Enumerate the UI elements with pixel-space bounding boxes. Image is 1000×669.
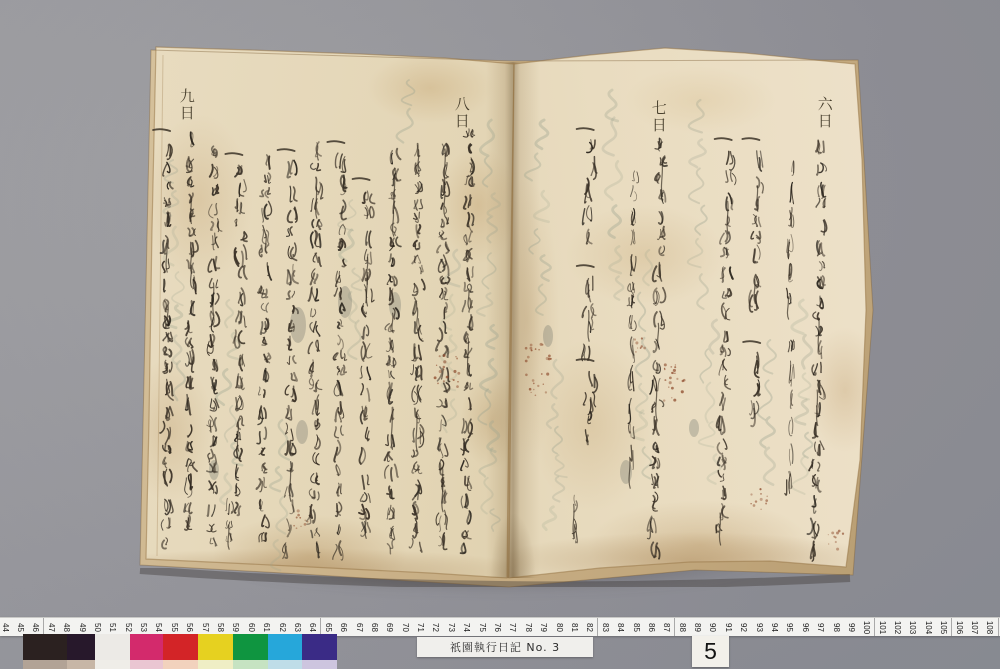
color-patch-tint-red <box>163 660 198 669</box>
ruler-tick-cell: 72 <box>428 618 444 636</box>
ruler-tick-label: 108 <box>985 620 994 633</box>
ruler-tick-label: 87 <box>662 623 671 632</box>
day-header: 六日 <box>816 96 832 130</box>
ruler-tick-label: 72 <box>431 623 440 632</box>
ruler-tick-label: 48 <box>62 623 71 632</box>
ruler-tick-label: 62 <box>277 623 286 632</box>
ruler-tick-label: 92 <box>739 623 748 632</box>
ruler-tick-label: 67 <box>354 623 363 632</box>
ruler-tick-label: 63 <box>293 623 302 632</box>
archival-photo-canvas: 六日七日八日九日 4445464748495051525354555657585… <box>0 0 1000 669</box>
color-calibration-bar <box>0 634 360 669</box>
ruler-tick-label: 70 <box>401 623 410 632</box>
ruler-tick-cell: 106 <box>952 618 968 636</box>
ruler-tick-cell: 107 <box>967 618 983 636</box>
ruler-tick-cell: 92 <box>736 618 752 636</box>
ruler-tick-cell: 74 <box>459 618 475 636</box>
ruler-tick-label: 74 <box>462 623 471 632</box>
ruler-tick-cell: 94 <box>767 618 783 636</box>
ruler-tick-label: 100 <box>862 620 871 633</box>
ruler-tick-label: 53 <box>139 623 148 632</box>
color-patch-cyan <box>268 634 302 660</box>
color-patch-tint-violet <box>302 660 337 669</box>
ruler-tick-cell: 91 <box>721 618 737 636</box>
ruler-tick-label: 86 <box>647 623 656 632</box>
color-patch-dark-brown <box>23 634 67 660</box>
ruler-tick-label: 81 <box>570 623 579 632</box>
ruler-tick-label: 50 <box>93 623 102 632</box>
day-header: 九日 <box>178 88 194 122</box>
ruler-tick-cell: 99 <box>844 618 860 636</box>
color-patch-magenta <box>130 634 163 660</box>
ruler-tick-label: 45 <box>16 623 25 632</box>
ruler-tick-cell: 102 <box>890 618 906 636</box>
color-patch-tint-white <box>95 660 130 669</box>
ruler-tick-cell: 77 <box>505 618 521 636</box>
ruler-tick-label: 71 <box>416 623 425 632</box>
color-patch-tint-cyan <box>268 660 302 669</box>
ruler-tick-label: 103 <box>908 620 917 633</box>
ruler-tick-label: 68 <box>370 623 379 632</box>
ruler-tick-cell: 96 <box>798 618 814 636</box>
ruler-tick-cell: 86 <box>644 618 660 636</box>
ruler-tick-cell: 75 <box>474 618 490 636</box>
ruler-tick-label: 90 <box>708 623 717 632</box>
ruler-tick-label: 78 <box>524 623 533 632</box>
ruler-tick-label: 60 <box>247 623 256 632</box>
ruler-tick-label: 85 <box>631 623 640 632</box>
color-patch-dark-violet <box>67 634 95 660</box>
ruler-tick-label: 61 <box>262 623 271 632</box>
ruler-tick-cell: 87 <box>659 618 675 636</box>
ruler-tick-cell: 90 <box>705 618 721 636</box>
ruler-tick-label: 69 <box>385 623 394 632</box>
ruler-tick-label: 55 <box>170 623 179 632</box>
ruler-tick-label: 98 <box>832 623 841 632</box>
ruler-tick-cell: 82 <box>582 618 598 636</box>
ruler-tick-cell: 85 <box>628 618 644 636</box>
ruler-tick-label: 104 <box>924 620 933 633</box>
ruler-tick-cell: 104 <box>921 618 937 636</box>
color-patch-yellow <box>198 634 233 660</box>
image-number-card: 5 <box>692 636 729 667</box>
ruler-tick-label: 64 <box>308 623 317 632</box>
ruler-tick-cell: 93 <box>751 618 767 636</box>
ruler-tick-label: 51 <box>108 623 117 632</box>
color-patch-white <box>95 634 130 660</box>
ruler-tick-label: 89 <box>693 623 702 632</box>
ruler-tick-cell: 89 <box>690 618 706 636</box>
ruler-tick-cell: 83 <box>598 618 614 636</box>
ruler-tick-label: 106 <box>955 620 964 633</box>
day-header: 七日 <box>650 100 666 134</box>
ruler-tick-label: 83 <box>601 623 610 632</box>
ruler-tick-label: 73 <box>447 623 456 632</box>
ruler-tick-label: 79 <box>539 623 548 632</box>
ruler-tick-label: 88 <box>678 623 687 632</box>
ruler-tick-label: 107 <box>970 620 979 633</box>
ruler-tick-label: 58 <box>216 623 225 632</box>
ruler-tick-label: 57 <box>201 623 210 632</box>
ruler-tick-label: 66 <box>339 623 348 632</box>
color-patch-tint-dark-violet <box>67 660 95 669</box>
ruler-tick-label: 44 <box>1 623 10 632</box>
book-gutter-shadow <box>486 62 540 578</box>
ruler-tick-cell: 80 <box>551 618 567 636</box>
ruler-tick-cell: 97 <box>813 618 829 636</box>
ruler-tick-label: 47 <box>47 623 56 632</box>
day-header: 八日 <box>453 96 469 130</box>
ruler-tick-label: 95 <box>785 623 794 632</box>
ruler-tick-cell: 88 <box>675 618 691 636</box>
color-patch-violet <box>302 634 337 660</box>
ruler-tick-label: 93 <box>755 623 764 632</box>
ruler-tick-label: 46 <box>31 623 40 632</box>
ruler-tick-cell: 71 <box>413 618 429 636</box>
ruler-tick-cell: 81 <box>567 618 583 636</box>
color-patch-green <box>233 634 268 660</box>
ruler-tick-cell: 78 <box>521 618 537 636</box>
ruler-tick-label: 52 <box>124 623 133 632</box>
ruler-tick-label: 105 <box>939 620 948 633</box>
ruler-tick-cell: 69 <box>382 618 398 636</box>
ruler-tick-label: 99 <box>847 623 856 632</box>
ruler-tick-cell: 76 <box>490 618 506 636</box>
ruler-tick-label: 59 <box>231 623 240 632</box>
ruler-tick-label: 82 <box>585 623 594 632</box>
ruler-tick-cell: 101 <box>875 618 891 636</box>
ruler-tick-cell: 108 <box>982 618 998 636</box>
ruler-tick-cell: 105 <box>936 618 952 636</box>
ruler-tick-cell: 95 <box>782 618 798 636</box>
ruler-tick-cell: 103 <box>905 618 921 636</box>
ruler-tick-label: 96 <box>801 623 810 632</box>
ruler-tick-label: 77 <box>508 623 517 632</box>
ruler-tick-label: 54 <box>154 623 163 632</box>
ruler-tick-label: 56 <box>185 623 194 632</box>
ruler-tick-label: 80 <box>554 623 563 632</box>
color-patch-tint-yellow <box>198 660 233 669</box>
ruler-tick-cell: 70 <box>397 618 413 636</box>
color-patch-tint-magenta <box>130 660 163 669</box>
ruler-tick-label: 94 <box>770 623 779 632</box>
color-patch-tint-green <box>233 660 268 669</box>
ruler-tick-cell: 84 <box>613 618 629 636</box>
color-patch-red <box>163 634 198 660</box>
ruler-tick-cell: 73 <box>444 618 460 636</box>
ruler-tick-label: 102 <box>893 620 902 633</box>
color-patch-tint-dark-brown <box>23 660 67 669</box>
ruler-tick-label: 65 <box>324 623 333 632</box>
ruler-tick-label: 84 <box>616 623 625 632</box>
ruler-tick-cell: 98 <box>828 618 844 636</box>
ruler-tick-cell: 79 <box>536 618 552 636</box>
ruler-tick-label: 49 <box>77 623 86 632</box>
ruler-tick-label: 101 <box>878 620 887 633</box>
ruler-tick-label: 75 <box>478 623 487 632</box>
archive-caption-label: 祇園執行日記 No. 3 <box>417 637 593 657</box>
ruler-tick-cell: 68 <box>367 618 383 636</box>
ruler-tick-cell: 100 <box>859 618 875 636</box>
ruler-tick-label: 91 <box>724 623 733 632</box>
ruler-tick-label: 76 <box>493 623 502 632</box>
ruler-tick-label: 97 <box>816 623 825 632</box>
